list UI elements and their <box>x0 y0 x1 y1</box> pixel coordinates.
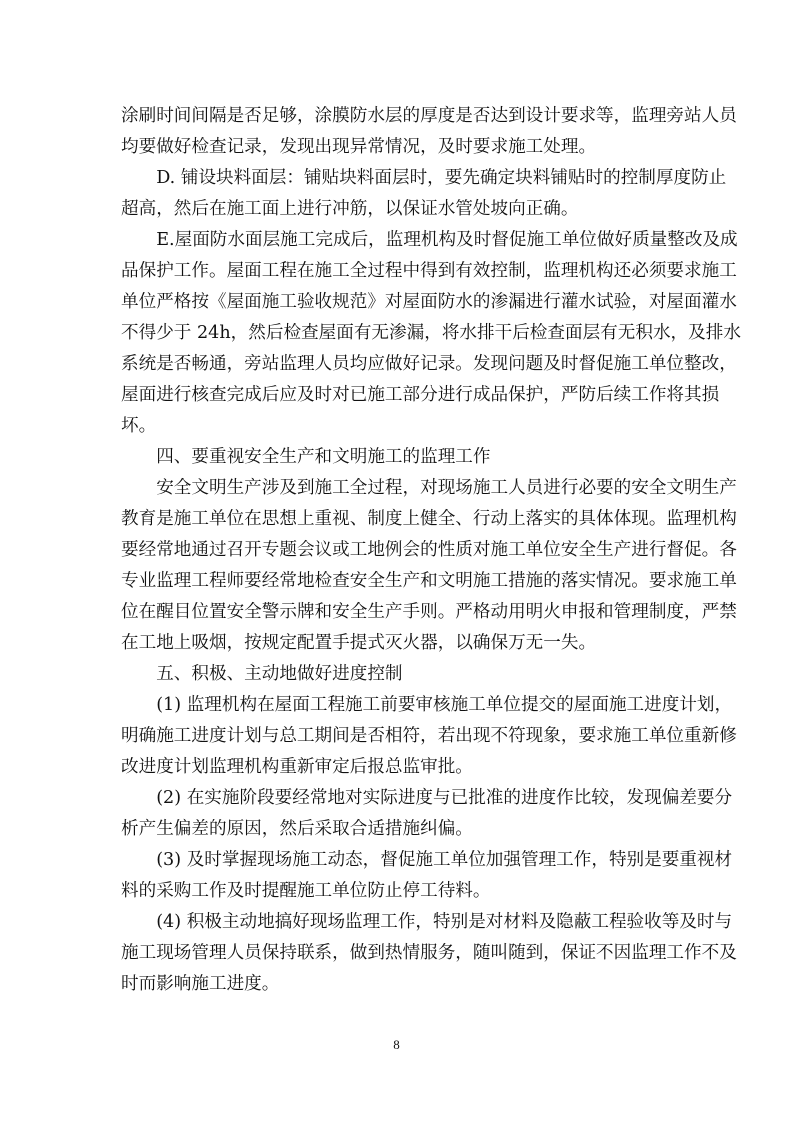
text-line: 均要做好检查记录，发现出现异常情况，及时要求施工处理。 <box>121 132 673 163</box>
text-line: 专业监理工程师要经常地检查安全生产和文明施工措施的落实情况。要求施工单 <box>121 566 673 597</box>
text-line: 析产生偏差的原因，然后采取合适措施纠偏。 <box>121 814 673 845</box>
text-line: 安全文明生产涉及到施工全过程，对现场施工人员进行必要的安全文明生产 <box>121 473 673 504</box>
text-line: 要经常地通过召开专题会议或工地例会的性质对施工单位安全生产进行督促。各 <box>121 535 673 566</box>
text-line: (1) 监理机构在屋面工程施工前要审核施工单位提交的屋面施工进度计划， <box>121 690 673 721</box>
paragraph-item-e: E.屋面防水面层施工完成后，监理机构及时督促施工单位做好质量整改及成 品保护工作… <box>121 225 673 442</box>
text-line: 品保护工作。屋面工程在施工全过程中得到有效控制，监理机构还必须要求施工 <box>121 256 673 287</box>
paragraph-item-3: (3) 及时掌握现场施工动态，督促施工单位加强管理工作，特别是要重视材 料的采购… <box>121 845 673 907</box>
page-number: 8 <box>0 1037 793 1053</box>
heading-text: 五、积极、主动地做好进度控制 <box>121 659 673 690</box>
text-line: 不得少于 24h，然后检查屋面有无渗漏，将水排干后检查面层有无积水，及排水 <box>121 318 673 349</box>
text-line: (4) 积极主动地搞好现场监理工作，特别是对材料及隐蔽工程验收等及时与 <box>121 907 673 938</box>
text-line: 坏。 <box>121 411 673 442</box>
heading-text: 四、要重视安全生产和文明施工的监理工作 <box>121 442 673 473</box>
text-line: 在工地上吸烟，按规定配置手提式灭火器，以确保万无一失。 <box>121 628 673 659</box>
paragraph-continuation: 涂刷时间间隔是否足够，涂膜防水层的厚度是否达到设计要求等，监理旁站人员 均要做好… <box>121 101 673 163</box>
text-line: 位在醒目位置安全警示牌和安全生产手则。严格动用明火申报和管理制度，严禁 <box>121 597 673 628</box>
text-line: 明确施工进度计划与总工期间是否相符，若出现不符现象，要求施工单位重新修 <box>121 721 673 752</box>
text-line: (3) 及时掌握现场施工动态，督促施工单位加强管理工作，特别是要重视材 <box>121 845 673 876</box>
text-line: 教育是施工单位在思想上重视、制度上健全、行动上落实的具体体现。监理机构 <box>121 504 673 535</box>
document-page: 涂刷时间间隔是否足够，涂膜防水层的厚度是否达到设计要求等，监理旁站人员 均要做好… <box>0 0 793 1122</box>
text-line: 屋面进行核查完成后应及时对已施工部分进行成品保护，严防后续工作将其损 <box>121 380 673 411</box>
paragraph-item-1: (1) 监理机构在屋面工程施工前要审核施工单位提交的屋面施工进度计划， 明确施工… <box>121 690 673 783</box>
paragraph-item-2: (2) 在实施阶段要经常地对实际进度与已批准的进度作比较，发现偏差要分 析产生偏… <box>121 783 673 845</box>
section-heading-5: 五、积极、主动地做好进度控制 <box>121 659 673 690</box>
text-line: (2) 在实施阶段要经常地对实际进度与已批准的进度作比较，发现偏差要分 <box>121 783 673 814</box>
text-line: 涂刷时间间隔是否足够，涂膜防水层的厚度是否达到设计要求等，监理旁站人员 <box>121 101 673 132</box>
text-line: 改进度计划监理机构重新审定后报总监审批。 <box>121 752 673 783</box>
text-line: 料的采购工作及时提醒施工单位防止停工待料。 <box>121 876 673 907</box>
text-line: 系统是否畅通，旁站监理人员均应做好记录。发现问题及时督促施工单位整改， <box>121 349 673 380</box>
text-line: 施工现场管理人员保持联系，做到热情服务，随叫随到，保证不因监理工作不及 <box>121 938 673 969</box>
paragraph-item-4: (4) 积极主动地搞好现场监理工作，特别是对材料及隐蔽工程验收等及时与 施工现场… <box>121 907 673 1000</box>
document-body: 涂刷时间间隔是否足够，涂膜防水层的厚度是否达到设计要求等，监理旁站人员 均要做好… <box>121 101 673 1000</box>
paragraph-item-d: D. 铺设块料面层：铺贴块料面层时，要先确定块料铺贴时的控制厚度防止 超高，然后… <box>121 163 673 225</box>
section-heading-4: 四、要重视安全生产和文明施工的监理工作 <box>121 442 673 473</box>
text-line: 时而影响施工进度。 <box>121 969 673 1000</box>
text-line: E.屋面防水面层施工完成后，监理机构及时督促施工单位做好质量整改及成 <box>121 225 673 256</box>
paragraph-safety: 安全文明生产涉及到施工全过程，对现场施工人员进行必要的安全文明生产 教育是施工单… <box>121 473 673 659</box>
text-line: 单位严格按《屋面施工验收规范》对屋面防水的渗漏进行灌水试验，对屋面灌水 <box>121 287 673 318</box>
text-line: D. 铺设块料面层：铺贴块料面层时，要先确定块料铺贴时的控制厚度防止 <box>121 163 673 194</box>
text-line: 超高，然后在施工面上进行冲筋，以保证水管处坡向正确。 <box>121 194 673 225</box>
